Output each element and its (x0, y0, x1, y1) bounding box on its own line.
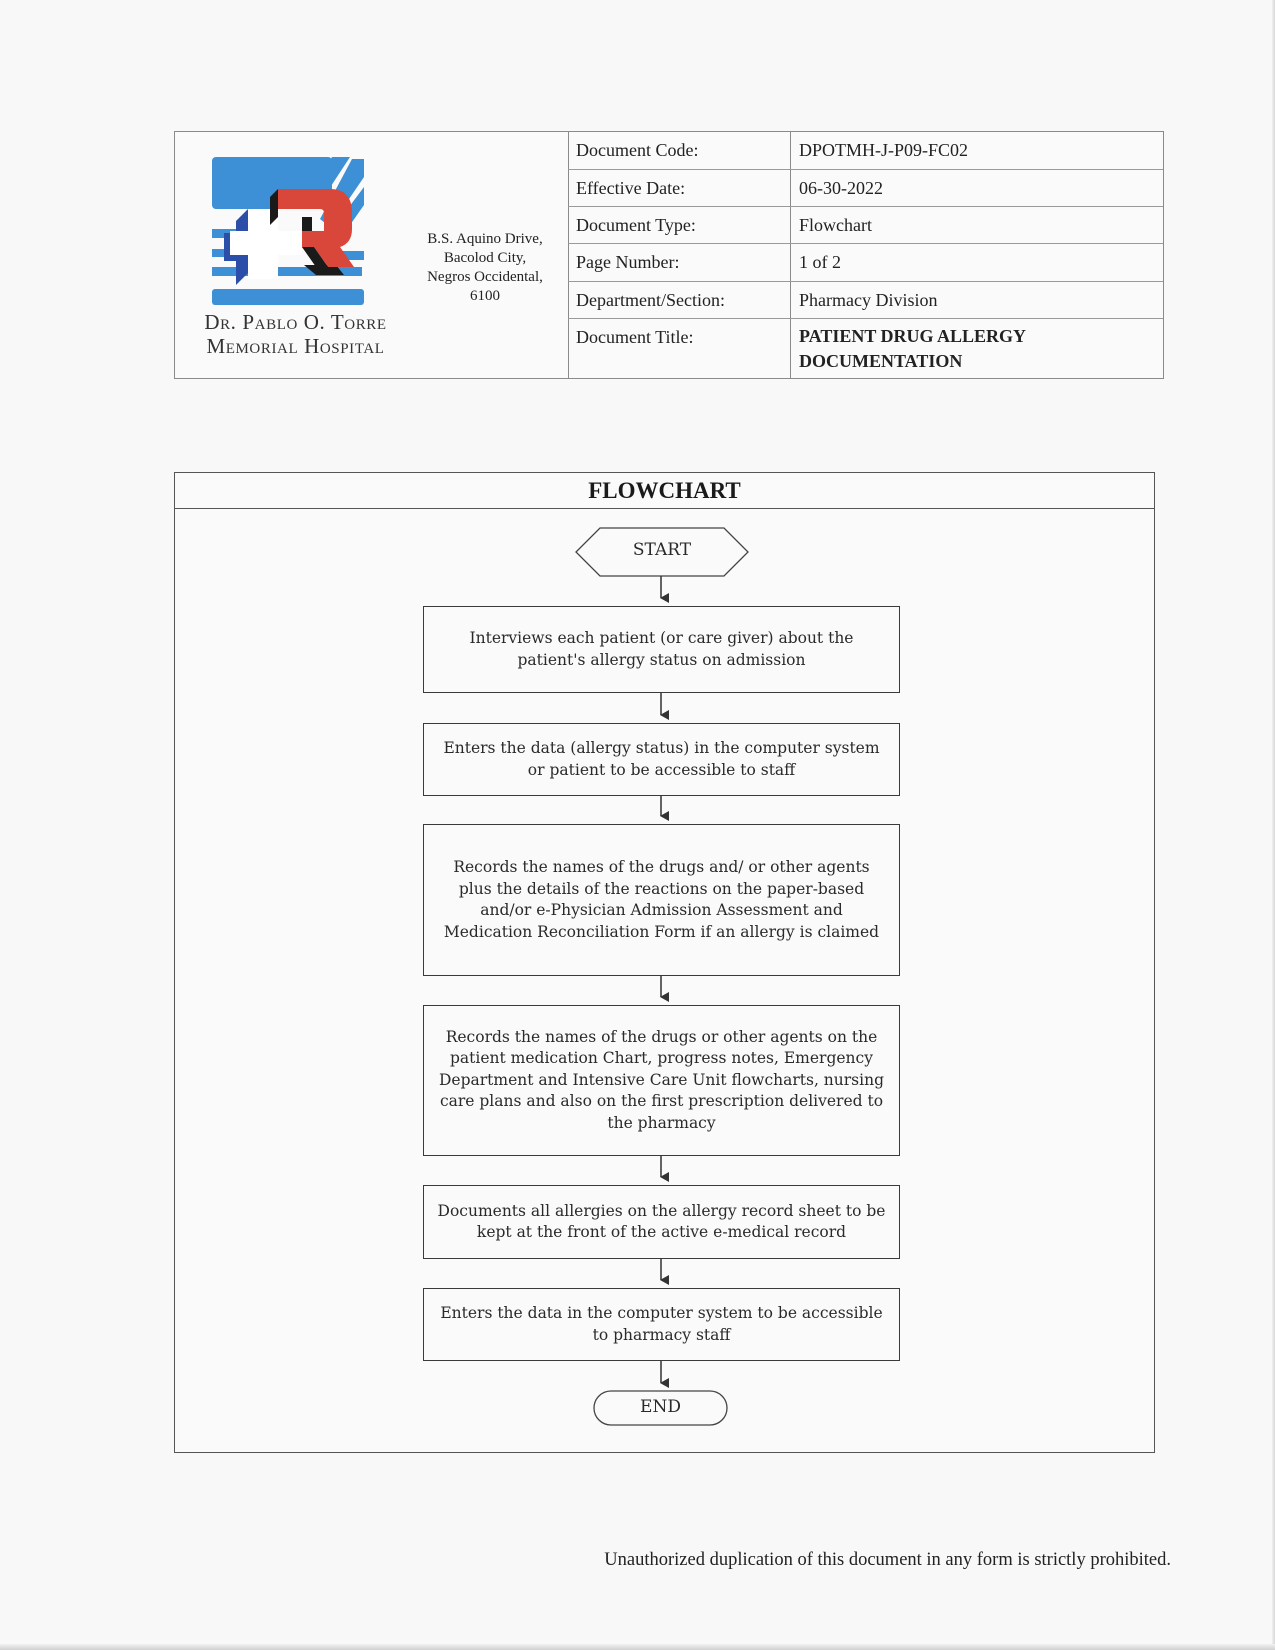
duplication-notice: Unauthorized duplication of this documen… (531, 1550, 1171, 1571)
process-step-2: Enters the data (allergy status) in the … (423, 723, 900, 796)
process-step-3: Records the names of the drugs and/ or o… (423, 824, 900, 976)
process-step-6: Enters the data in the computer system t… (423, 1288, 900, 1361)
start-terminal-label: START (576, 540, 748, 560)
process-step-1: Interviews each patient (or care giver) … (423, 606, 900, 693)
process-step-5: Documents all allergies on the allergy r… (423, 1185, 900, 1259)
end-terminal-label: END (594, 1397, 727, 1417)
process-step-4: Records the names of the drugs or other … (423, 1005, 900, 1156)
